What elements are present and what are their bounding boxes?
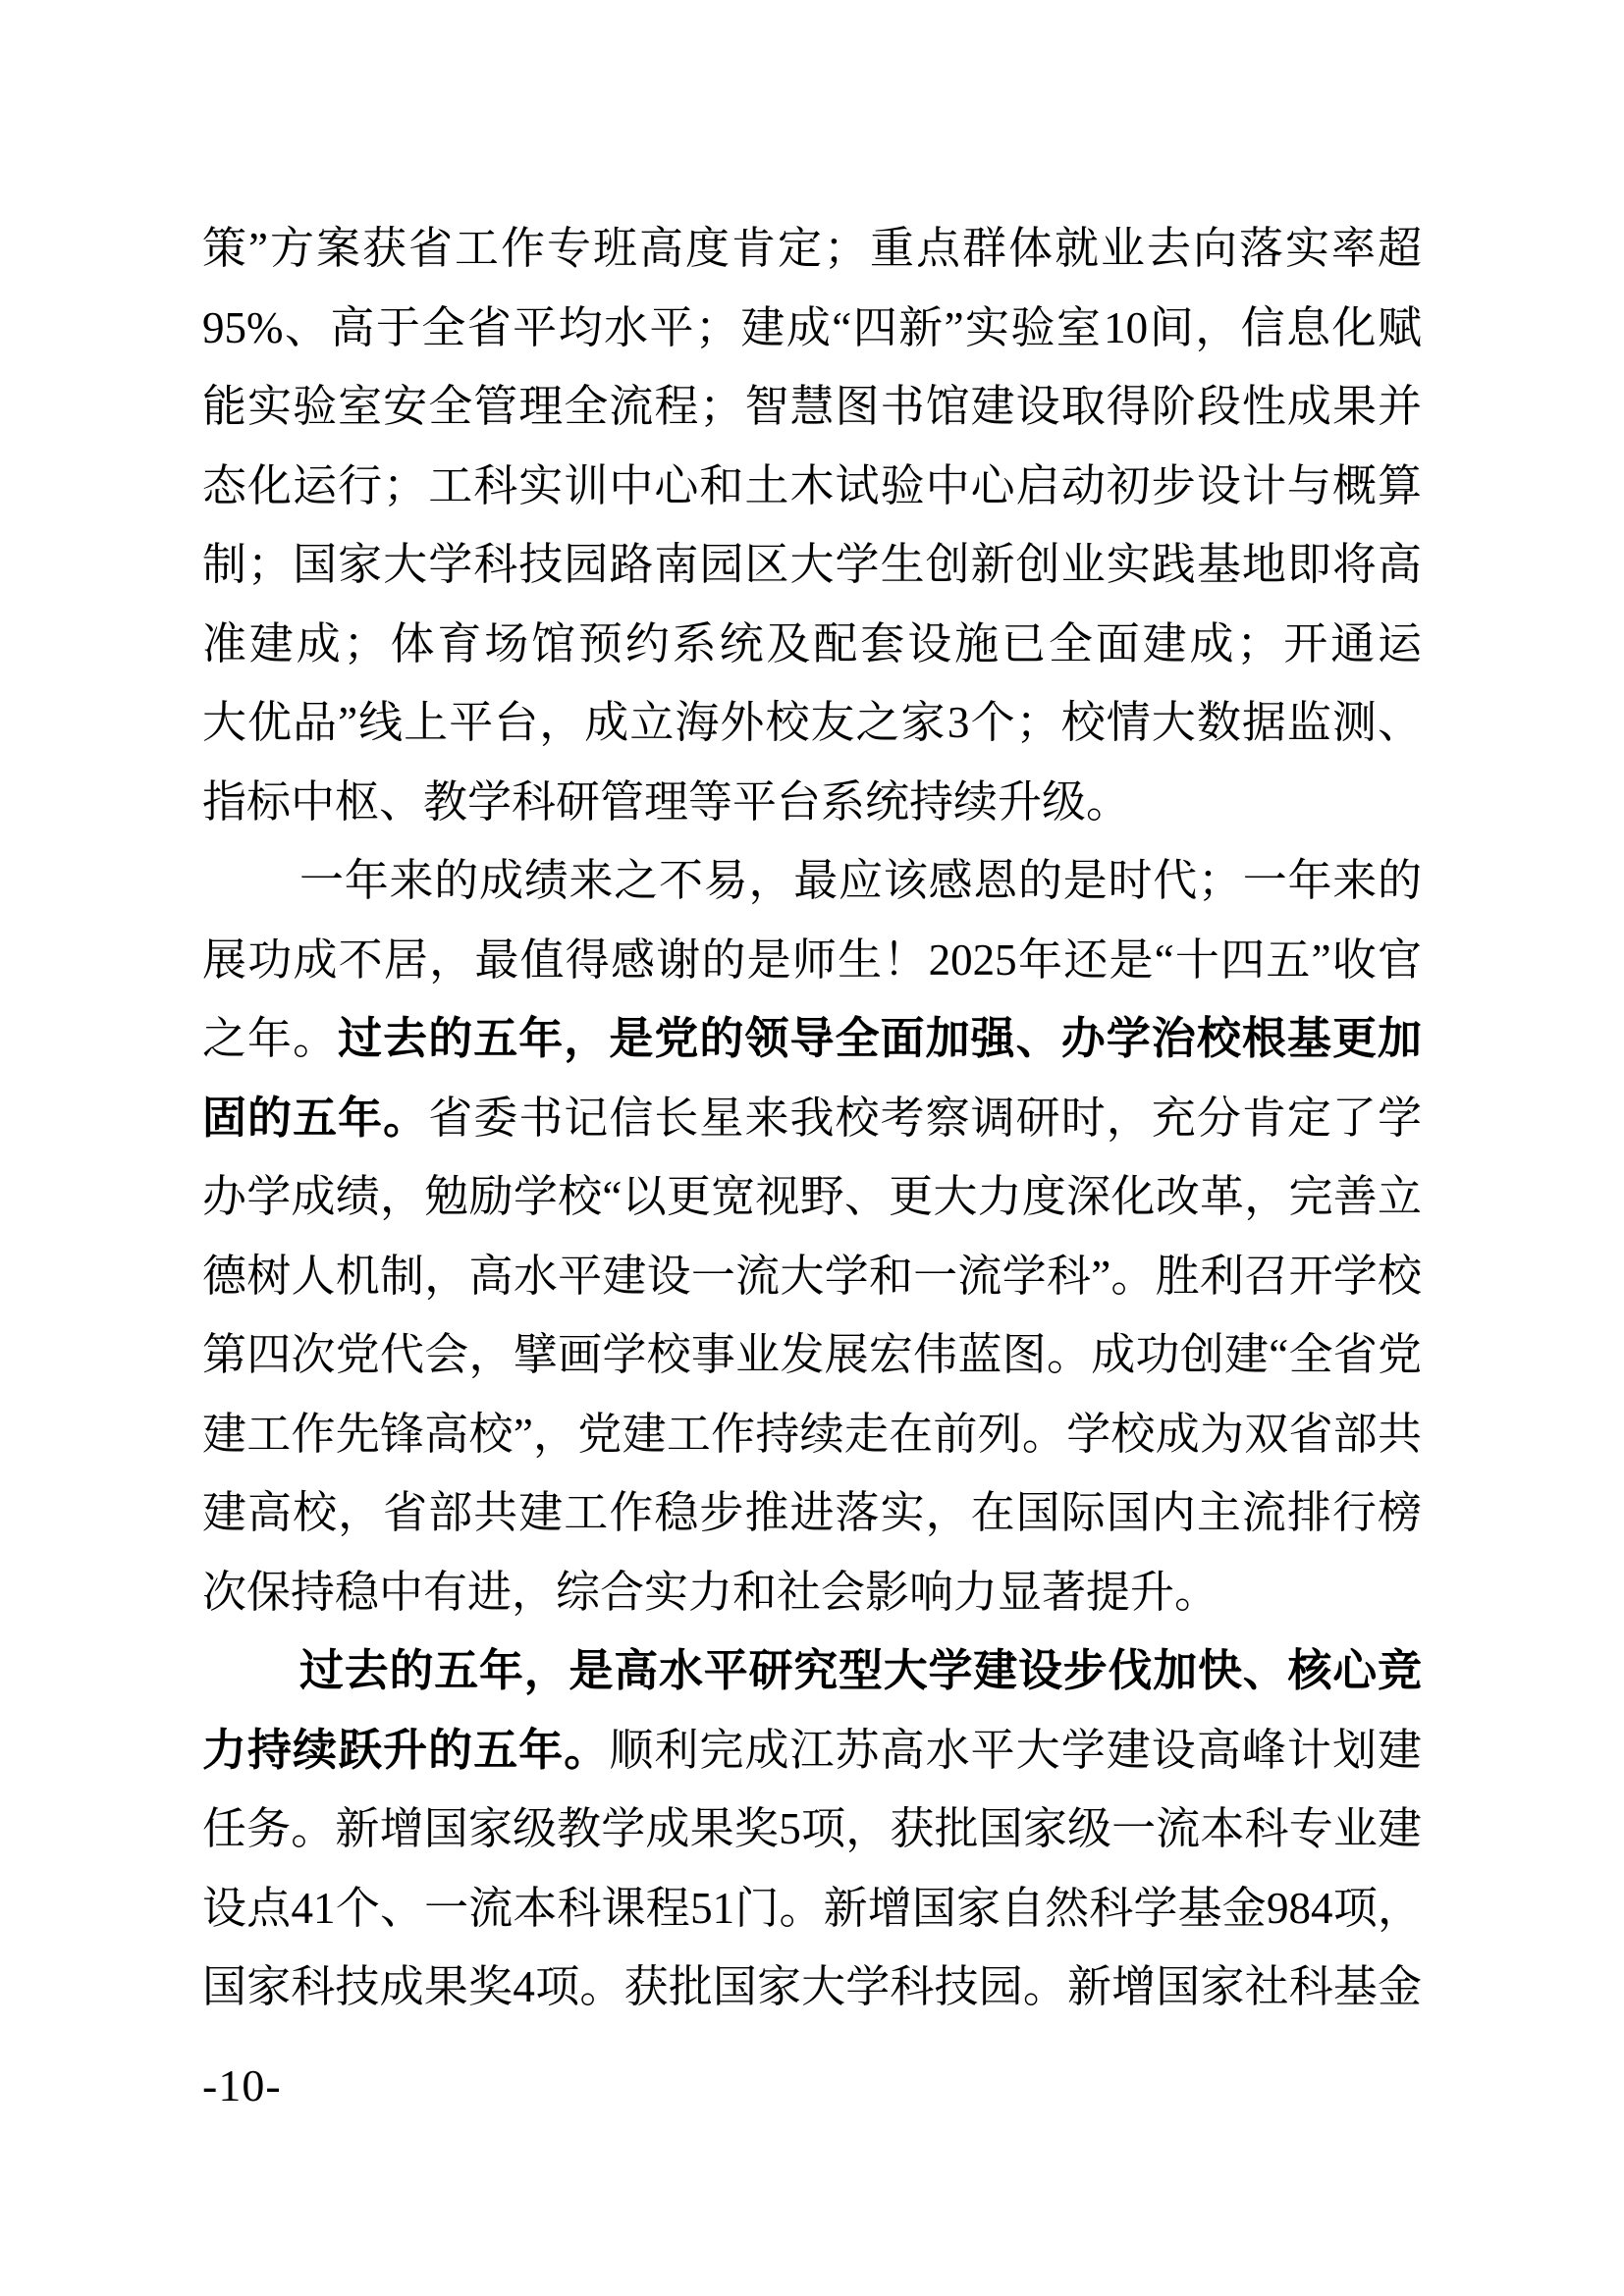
- text-segment: 之年。: [202, 1014, 338, 1063]
- text-segment: 95%、高于全省平均水平；建成“四新”实验室 10 间，信息化赋: [202, 303, 1422, 352]
- text-segment: 能实验室安全管理全流程；智慧图书馆建设取得阶段性成果并常: [202, 382, 1422, 447]
- text-segment: 办学成绩，勉励学校“以更宽视野、更大力度深化改革，完善立: [202, 1172, 1422, 1221]
- text-line: 能实验室安全管理全流程；智慧图书馆建设取得阶段性成果并常: [202, 367, 1422, 447]
- text-line: 态化运行；工科实训中心和土木试验中心启动初步设计与概算编: [202, 447, 1422, 526]
- text-line: 第四次党代会，擘画学校事业发展宏伟蓝图。成功创建“全省党: [202, 1315, 1422, 1395]
- text-line: 一年来的成绩来之不易，最应该感恩的是时代；一年来的发: [202, 841, 1422, 921]
- text-line: 大优品”线上平台，成立海外校友之家 3 个；校情大数据监测、: [202, 683, 1422, 763]
- text-line: 建工作先锋高校”，党建工作持续走在前列。学校成为双省部共: [202, 1395, 1422, 1474]
- text-segment: 第四次党代会，擘画学校事业发展宏伟蓝图。成功创建“全省党: [202, 1330, 1422, 1379]
- text-line: 制；国家大学科技园路南园区大学生创新创业实践基地即将高标: [202, 525, 1422, 605]
- text-segment: 次保持稳中有进，综合实力和社会影响力显著提升。: [202, 1568, 1218, 1617]
- text-line: 设点 41 个、一流本科课程 51 门。新增国家自然科学基金 984 项，: [202, 1869, 1422, 1949]
- text-segment: 制；国家大学科技园路南园区大学生创新创业实践基地即将高标: [202, 540, 1422, 605]
- text-segment: 设点 41 个、一流本科课程 51 门。新增国家自然科学基金 984 项，: [202, 1884, 1422, 1933]
- bold-text-segment: 过去的五年，是高水平研究型大学建设步伐加快、核心竞争: [202, 1645, 1422, 1711]
- page-number: -10-: [202, 2060, 282, 2111]
- bold-text-segment: 力持续跃升的五年。: [202, 1725, 609, 1775]
- text-segment: 态化运行；工科实训中心和土木试验中心启动初步设计与概算编: [202, 461, 1422, 526]
- text-line: 国家科技成果奖 4 项。获批国家大学科技园。新增国家社科基金: [202, 1948, 1422, 2027]
- text-segment: 建工作先锋高校”，党建工作持续走在前列。学校成为双省部共: [202, 1410, 1422, 1459]
- text-line: 策”方案获省工作专班高度肯定；重点群体就业去向落实率超: [202, 209, 1422, 289]
- text-segment: 准建成；体育场馆预约系统及配套设施已全面建成；开通运行“扬: [202, 619, 1422, 684]
- text-segment: 展功成不居，最值得感谢的是师生！2025 年还是“十四五”收官: [202, 935, 1422, 985]
- bold-text-segment: 固的五年。: [202, 1093, 428, 1143]
- text-line: 过去的五年，是高水平研究型大学建设步伐加快、核心竞争: [202, 1631, 1422, 1711]
- text-line: 力持续跃升的五年。顺利完成江苏高水平大学建设高峰计划建设: [202, 1711, 1422, 1790]
- document-page: 策”方案获省工作专班高度肯定；重点群体就业去向落实率超95%、高于全省平均水平；…: [0, 0, 1624, 2296]
- text-segment: 国家科技成果奖 4 项。获批国家大学科技园。新增国家社科基金: [202, 1962, 1422, 2011]
- text-line: 建高校，省部共建工作稳步推进落实，在国际国内主流排行榜名: [202, 1473, 1422, 1553]
- text-segment: 策”方案获省工作专班高度肯定；重点群体就业去向落实率超: [202, 224, 1422, 273]
- text-line: 办学成绩，勉励学校“以更宽视野、更大力度深化改革，完善立: [202, 1157, 1422, 1237]
- text-line: 之年。过去的五年，是党的领导全面加强、办学治校根基更加稳: [202, 999, 1422, 1079]
- text-segment: 建高校，省部共建工作稳步推进落实，在国际国内主流排行榜名: [202, 1488, 1422, 1553]
- text-line: 指标中枢、教学科研管理等平台系统持续升级。: [202, 763, 1422, 842]
- text-segment: 指标中枢、教学科研管理等平台系统持续升级。: [202, 777, 1130, 827]
- text-line: 展功成不居，最值得感谢的是师生！2025 年还是“十四五”收官: [202, 921, 1422, 1000]
- text-segment: 任务。新增国家级教学成果奖 5 项，获批国家级一流本科专业建: [202, 1804, 1422, 1853]
- text-line: 准建成；体育场馆预约系统及配套设施已全面建成；开通运行“扬: [202, 605, 1422, 684]
- text-line: 任务。新增国家级教学成果奖 5 项，获批国家级一流本科专业建: [202, 1789, 1422, 1869]
- text-line: 次保持稳中有进，综合实力和社会影响力显著提升。: [202, 1553, 1422, 1632]
- text-line: 95%、高于全省平均水平；建成“四新”实验室 10 间，信息化赋: [202, 289, 1422, 368]
- bold-text-segment: 过去的五年，是党的领导全面加强、办学治校根基更加稳: [202, 1013, 1422, 1079]
- text-segment: 大优品”线上平台，成立海外校友之家 3 个；校情大数据监测、: [202, 698, 1422, 747]
- text-segment: 一年来的成绩来之不易，最应该感恩的是时代；一年来的发: [202, 856, 1422, 921]
- document-body: 策”方案获省工作专班高度肯定；重点群体就业去向落实率超95%、高于全省平均水平；…: [202, 209, 1422, 2027]
- text-line: 固的五年。省委书记信长星来我校考察调研时，充分肯定了学校: [202, 1079, 1422, 1158]
- text-line: 德树人机制，高水平建设一流大学和一流学科”。胜利召开学校: [202, 1237, 1422, 1316]
- text-segment: 德树人机制，高水平建设一流大学和一流学科”。胜利召开学校: [202, 1252, 1422, 1301]
